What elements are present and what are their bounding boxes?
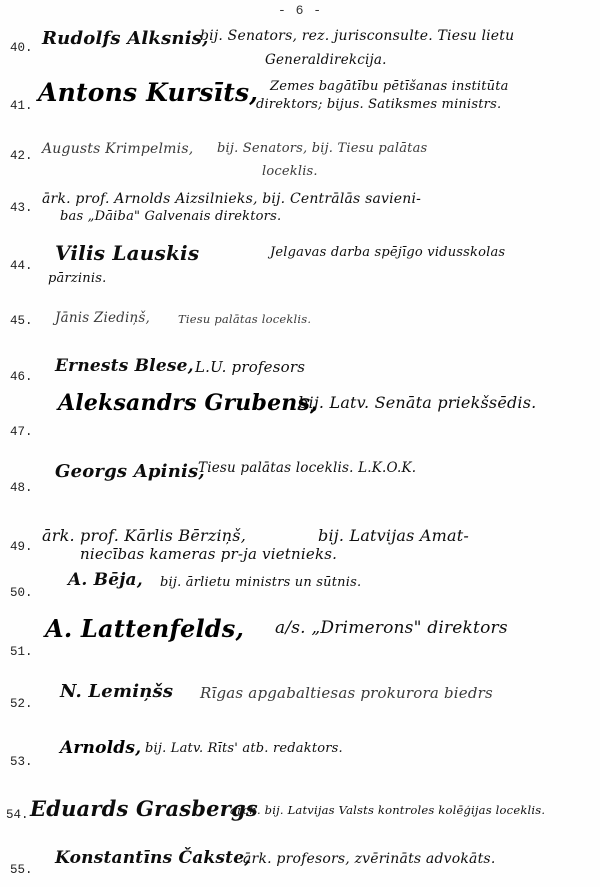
entry-continuation: Generaldirekcija. bbox=[265, 52, 387, 68]
entry-name: Georgs Apinis, bbox=[55, 461, 205, 482]
entry-name: A. Bēja, bbox=[68, 570, 143, 590]
entry-description: bij. Senators, bij. Tiesu palātas bbox=[217, 141, 427, 156]
entry-description: Rīgas apgabaltiesas prokurora biedrs bbox=[200, 684, 493, 702]
entry-description: a/s. „Drimerons" direktors bbox=[275, 618, 508, 638]
entry-name: Rudolfs Alksnis, bbox=[42, 28, 209, 49]
entry-number: 44. bbox=[10, 259, 33, 273]
page-number: - 6 - bbox=[0, 3, 600, 18]
entry-number: 47. bbox=[10, 425, 33, 439]
entry-number: 55. bbox=[10, 863, 33, 877]
entry-name: Ernests Blese, bbox=[55, 356, 194, 376]
entry-name: Antons Kursīts, bbox=[38, 78, 258, 107]
entry-description: - arch. bij. Latvijas Valsts kontroles k… bbox=[222, 803, 545, 817]
entry-continuation: loceklis. bbox=[262, 164, 318, 179]
entry-description: bij. Latv. Senāta priekšsēdis. bbox=[298, 393, 536, 412]
entry-line-2: bas „Dāiba" Galvenais direktors. bbox=[60, 209, 281, 224]
entry-number: 53. bbox=[10, 755, 33, 769]
entry-number: 46. bbox=[10, 370, 33, 384]
entry-number: 45. bbox=[10, 314, 33, 328]
entry-name: Vilis Lauskis bbox=[55, 241, 199, 265]
entry-number: 42. bbox=[10, 149, 33, 163]
entry-description: ārk. profesors, zvērināts advokāts. bbox=[243, 851, 495, 867]
entry-number: 54. bbox=[6, 808, 29, 822]
entry-name: N. Lemiņšs bbox=[60, 681, 173, 702]
entry-line-1: ārk. prof. Arnolds Aizsilnieks, bij. Cen… bbox=[42, 191, 421, 207]
entry-continuation: direktors; bijus. Satiksmes ministrs. bbox=[256, 97, 501, 112]
entry-number: 41. bbox=[10, 99, 33, 113]
entry-description: bij. ārlietu ministrs un sūtnis. bbox=[160, 575, 361, 590]
entry-description: Zemes bagātību pētīšanas institūta bbox=[270, 79, 509, 94]
entry-number: 50. bbox=[10, 586, 33, 600]
entry-name: Augusts Krimpelmis, bbox=[42, 141, 193, 157]
entry-description: bij. Latvijas Amat- bbox=[318, 526, 469, 545]
entry-name: ārk. prof. Kārlis Bērziņš, bbox=[42, 526, 246, 545]
document-page: - 6 - 40. Rudolfs Alksnis, bij. Senators… bbox=[0, 0, 600, 887]
entry-continuation: pārzinis. bbox=[48, 271, 106, 286]
entry-number: 40. bbox=[10, 41, 33, 55]
entry-number: 51. bbox=[10, 645, 33, 659]
entry-description: L.U. profesors bbox=[195, 358, 305, 376]
entry-continuation: niecības kameras pr-ja vietnieks. bbox=[80, 545, 337, 563]
entry-name: Aleksandrs Grubens, bbox=[58, 390, 318, 416]
entry-name: Konstantīns Čakste, bbox=[55, 848, 250, 868]
entry-description: bij. Latv. Rīts' atb. redaktors. bbox=[145, 741, 343, 756]
entry-number: 43. bbox=[10, 201, 33, 215]
entry-description: Tiesu palātas loceklis. L.K.O.K. bbox=[198, 460, 416, 476]
entry-description: Jelgavas darba spējīgo vidusskolas bbox=[270, 245, 505, 260]
entry-name: Arnolds, bbox=[60, 738, 141, 758]
entry-description: bij. Senators, rez. jurisconsulte. Tiesu… bbox=[200, 28, 514, 44]
entry-name: Jānis Ziediņš, bbox=[55, 310, 150, 326]
entry-number: 52. bbox=[10, 697, 33, 711]
entry-number: 48. bbox=[10, 481, 33, 495]
entry-name: A. Lattenfelds, bbox=[45, 614, 244, 643]
entry-description: Tiesu palātas loceklis. bbox=[178, 312, 311, 326]
entry-number: 49. bbox=[10, 540, 33, 554]
